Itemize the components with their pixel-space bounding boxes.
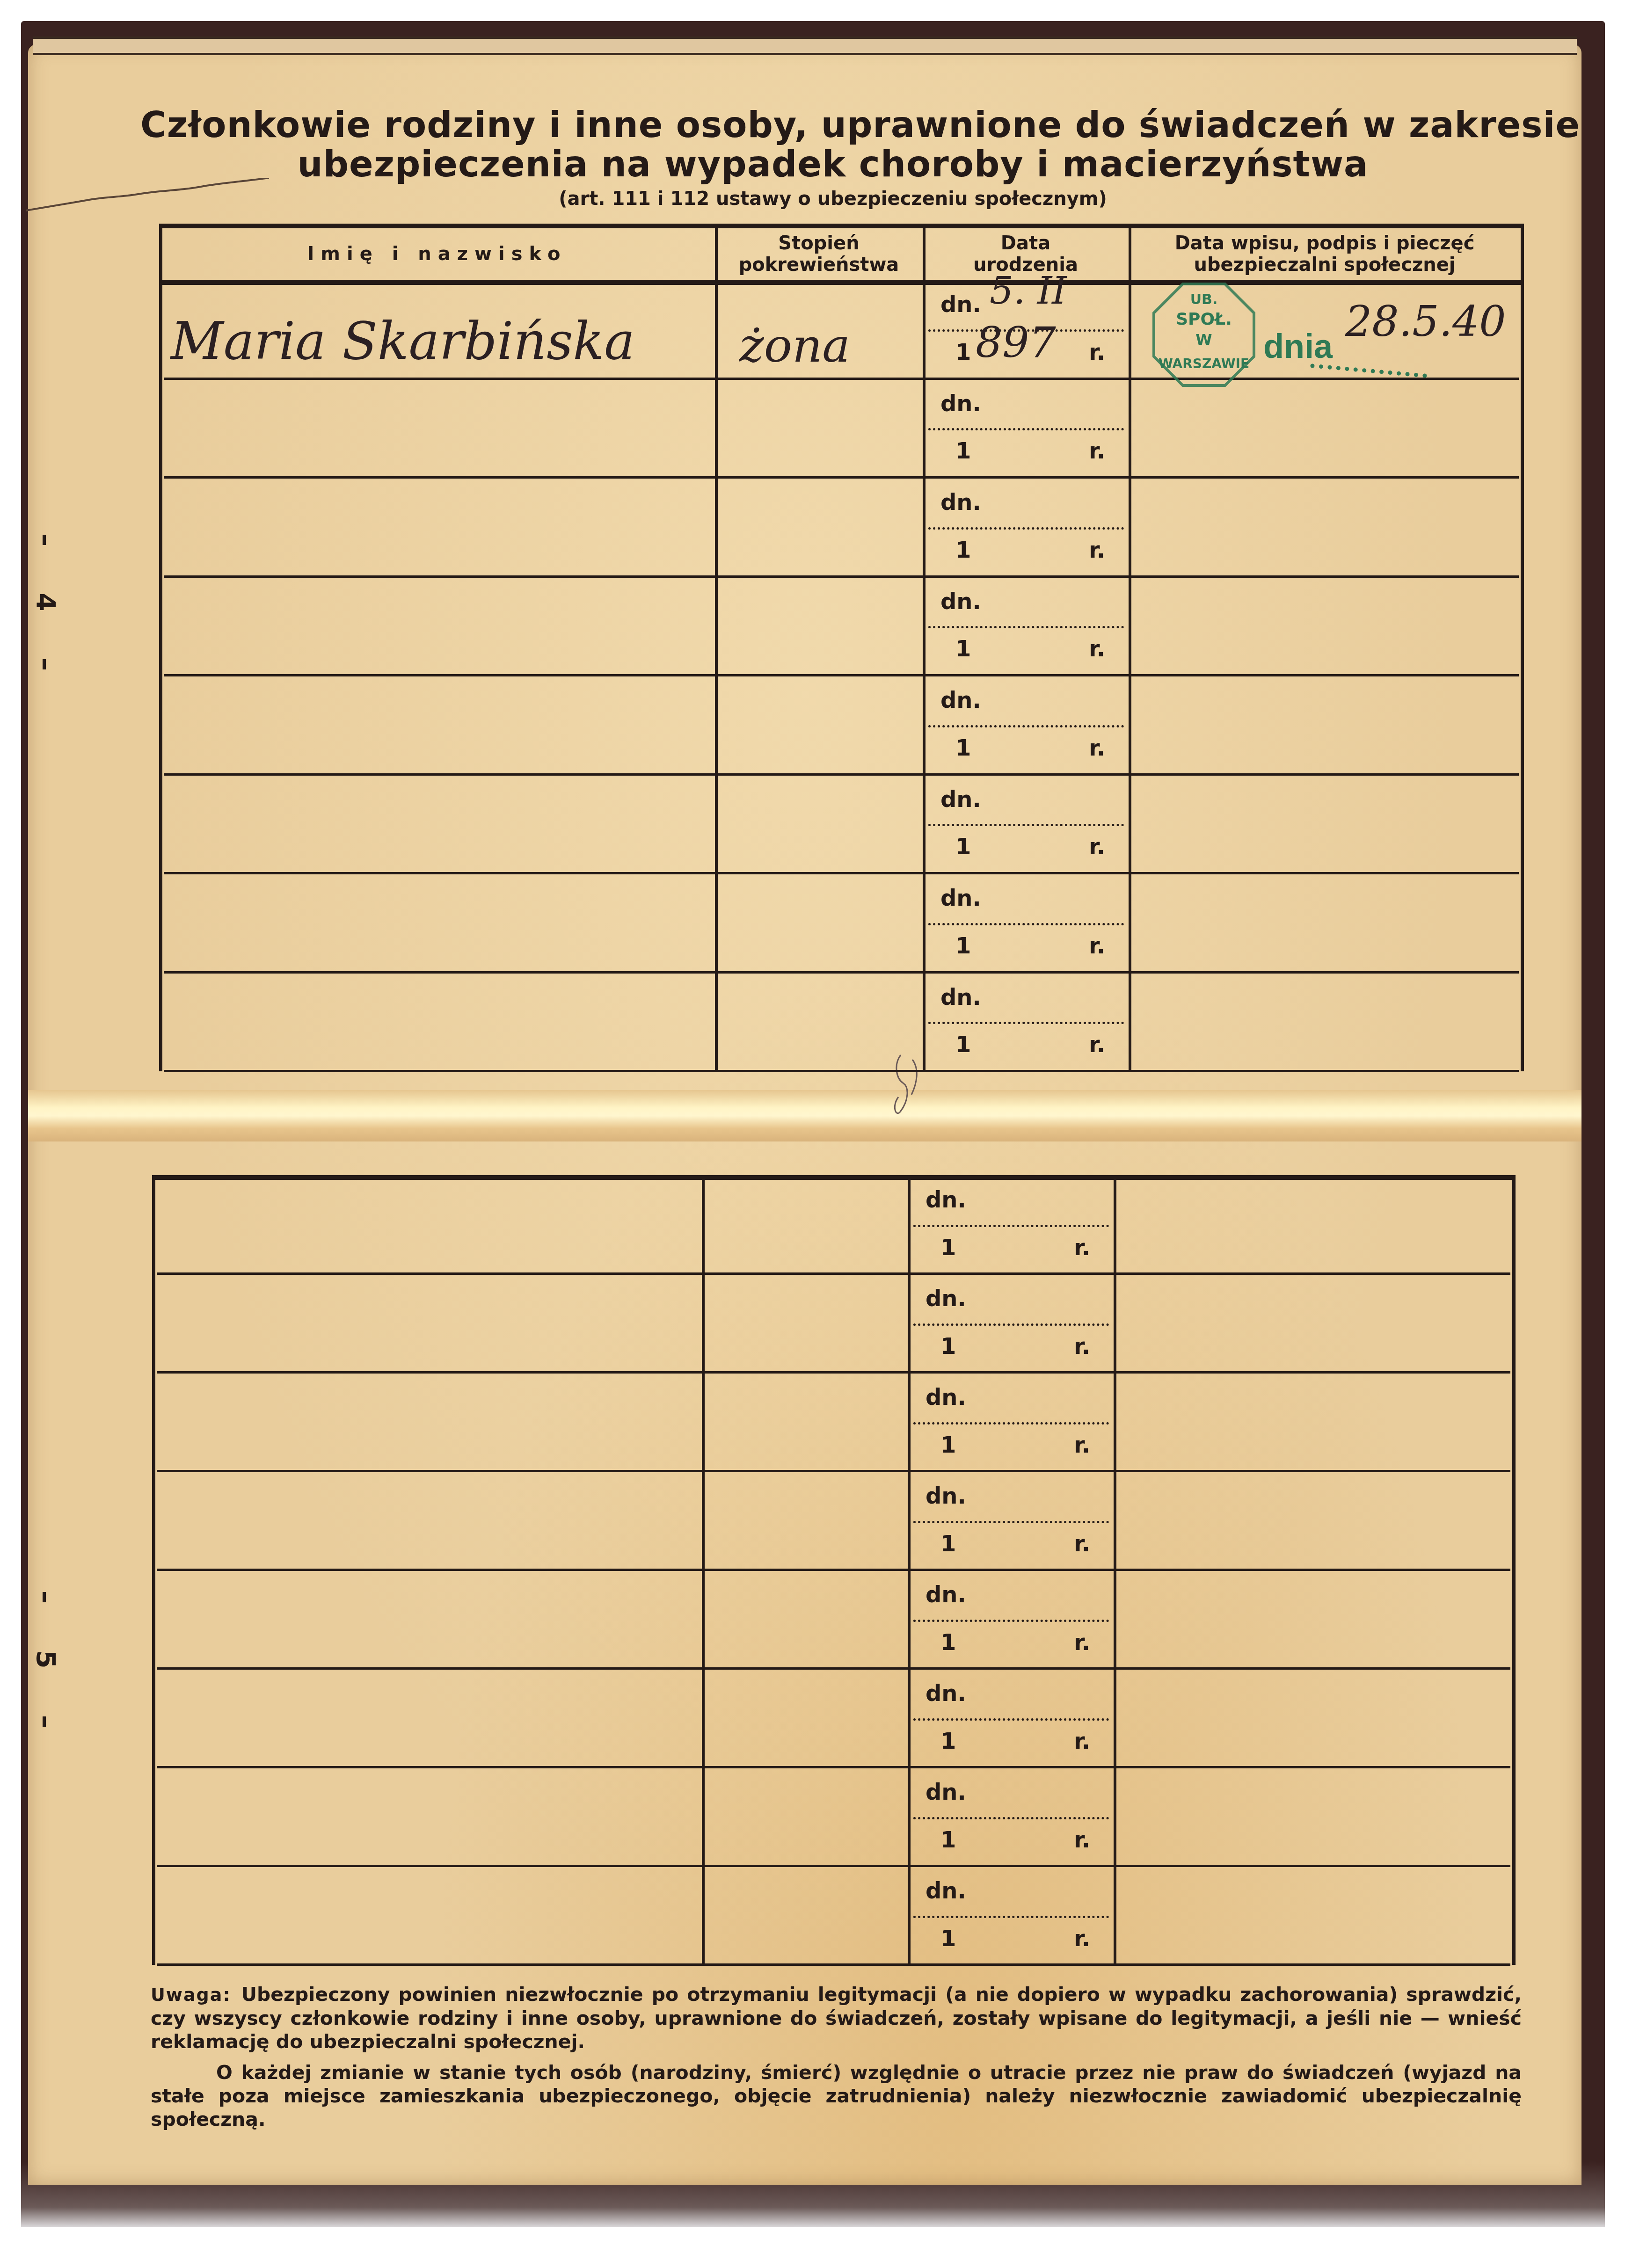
birth-year-suffix: r. [1089, 636, 1105, 662]
notes-section: Uwaga:Ubezpieczony powinien niezwłocznie… [151, 1983, 1522, 2131]
row1-name-handwritten: Maria Skarbińska [171, 311, 635, 371]
name-cell [157, 1868, 697, 1962]
birth-day-label: dn. [926, 1384, 966, 1410]
relation-cell [720, 975, 918, 1069]
stamp-dnia-label: dnia [1263, 327, 1333, 366]
birth-day-label: dn. [926, 1779, 966, 1805]
page-title-line1: Członkowie rodziny i inne osoby, uprawni… [140, 104, 1525, 145]
birth-year-prefix: 1 [955, 636, 971, 662]
entry-stamp-cell [1118, 1572, 1508, 1665]
birth-year-suffix: r. [1074, 1926, 1090, 1952]
birth-year-prefix: 1 [940, 1531, 956, 1557]
birth-year-prefix: 1 [940, 1926, 956, 1952]
row1-birth-day-handwritten: 5. II [990, 269, 1067, 313]
birth-day-label: dn. [940, 589, 981, 615]
birth-year-suffix: r. [1074, 1235, 1090, 1261]
page-edge-lines [33, 36, 1577, 55]
name-cell [157, 1572, 697, 1665]
name-cell [157, 1276, 697, 1369]
birth-year-suffix: r. [1074, 1629, 1090, 1656]
birth-year-suffix: r. [1074, 1827, 1090, 1853]
birth-day-label: dn. [926, 1582, 966, 1608]
name-cell [164, 480, 710, 574]
birth-year-suffix: r. [1074, 1531, 1090, 1557]
name-cell [164, 678, 710, 771]
birth-year-prefix: 1 [940, 1728, 956, 1754]
svg-text:W: W [1195, 331, 1212, 349]
birth-day-label: dn. [926, 1187, 966, 1213]
table-top-rule [159, 224, 1524, 228]
entry-stamp-cell [1118, 1868, 1508, 1962]
relation-cell [720, 480, 918, 574]
header-relation-line1: Stopień [739, 233, 899, 254]
birth-year-suffix: r. [1089, 933, 1105, 959]
entry-stamp-cell [1133, 876, 1516, 969]
birth-day-label: dn. [940, 489, 981, 516]
table-column-rule [1512, 1175, 1516, 1965]
entry-stamp-cell [1118, 1474, 1508, 1567]
birth-day-label: dn. [926, 1286, 966, 1312]
relation-cell [707, 1375, 903, 1468]
birth-year-prefix: 1 [955, 438, 971, 464]
entry-stamp-cell [1133, 678, 1516, 771]
entry-stamp-cell [1133, 381, 1516, 475]
row1-relation-handwritten: żona [739, 318, 850, 373]
row1-entry-date-handwritten: 28.5.40 [1345, 297, 1506, 346]
entry-stamp-cell [1118, 1671, 1508, 1764]
birth-day-label: dn. [940, 786, 981, 813]
birth-day-label: dn. [926, 1878, 966, 1904]
birth-year-suffix: r. [1089, 1032, 1105, 1058]
birth-year-suffix: r. [1074, 1333, 1090, 1359]
birth-day-dotted-line [913, 1817, 1109, 1819]
header-birth-line1: Data [973, 233, 1078, 254]
entry-stamp-cell [1133, 579, 1516, 673]
relation-cell [707, 1178, 903, 1271]
entry-stamp-cell [1118, 1375, 1508, 1468]
notes-paragraph-2: O każdej zmianie w stanie tych osób (nar… [151, 2061, 1522, 2131]
birth-day-dotted-line [928, 527, 1124, 530]
birth-day-dotted-line [913, 1225, 1109, 1227]
birth-year-prefix: 1 [955, 735, 971, 761]
svg-text:UB.: UB. [1190, 291, 1218, 308]
page-subtitle-article-reference: (art. 111 i 112 ustawy o ubezpieczeniu s… [140, 188, 1525, 210]
birth-day-label: dn. [926, 1680, 966, 1707]
birth-day-label: dn. [940, 687, 981, 713]
entry-stamp-cell [1118, 1770, 1508, 1863]
birth-day-label: dn. [940, 885, 981, 911]
relation-cell [707, 1474, 903, 1567]
birth-year-prefix: 1 [940, 1827, 956, 1853]
book-fold-crease [28, 1090, 1581, 1141]
birth-day-label: dn. [940, 391, 981, 417]
entry-stamp-cell [1118, 1178, 1508, 1271]
relation-cell [707, 1671, 903, 1764]
birth-year-prefix: 1 [955, 933, 971, 959]
birth-year-suffix: r. [1089, 438, 1105, 464]
insurance-office-stamp: UB. SPOŁ. W WARSZAWIE [1150, 282, 1258, 389]
relation-cell [720, 579, 918, 673]
birth-day-dotted-line [928, 428, 1124, 430]
entry-stamp-cell [1133, 777, 1516, 871]
birth-year-prefix: 1 [940, 1235, 956, 1261]
birth-day-label: dn. [940, 984, 981, 1010]
birth-day-dotted-line [913, 1620, 1109, 1622]
birth-year-suffix: r. [1089, 537, 1105, 563]
name-cell [164, 579, 710, 673]
entry-stamp-cell [1133, 975, 1516, 1069]
birth-day-dotted-line [913, 1422, 1109, 1425]
birth-year-suffix: r. [1089, 735, 1105, 761]
birth-year-suffix: r. [1074, 1728, 1090, 1754]
entry-stamp-cell [1118, 1276, 1508, 1369]
name-cell [164, 975, 710, 1069]
birth-year-suffix: r. [1089, 834, 1105, 860]
birth-year-suffix: r. [1074, 1432, 1090, 1458]
notes-paragraph-1: Uwaga:Ubezpieczony powinien niezwłocznie… [151, 1983, 1522, 2053]
header-name-label: Imię i nazwisko [307, 243, 567, 265]
octagon-stamp-icon: UB. SPOŁ. W WARSZAWIE [1150, 282, 1258, 389]
birth-year-prefix: 1 [940, 1432, 956, 1458]
name-cell [157, 1770, 697, 1863]
birth-day-label: dn. [926, 1483, 966, 1509]
relation-cell [720, 876, 918, 969]
relation-cell [707, 1770, 903, 1863]
birth-day-label: dn. [940, 291, 981, 318]
birth-year-prefix: 1 [940, 1333, 956, 1359]
birth-day-dotted-line [913, 1521, 1109, 1523]
svg-text:WARSZAWIE: WARSZAWIE [1159, 356, 1249, 371]
row1-birth-year-handwritten: 897 [976, 318, 1056, 367]
svg-text:SPOŁ.: SPOŁ. [1176, 310, 1232, 329]
page-title-line2: ubezpieczenia na wypadek choroby i macie… [140, 143, 1525, 185]
birth-year-prefix: 1 [955, 339, 971, 365]
birth-day-dotted-line [928, 725, 1124, 727]
entry-stamp-cell [1133, 480, 1516, 574]
header-entry-line2: ubezpieczalni społecznej [1175, 254, 1475, 276]
relation-cell [707, 1868, 903, 1962]
header-entry-line1: Data wpisu, podpis i pieczęć [1175, 233, 1475, 254]
header-relation-line2: pokrewieństwa [739, 254, 899, 276]
notes-label: Uwaga: [151, 1985, 231, 2005]
name-cell [164, 777, 710, 871]
birth-year-prefix: 1 [955, 537, 971, 563]
birth-day-dotted-line [928, 923, 1124, 925]
birth-year-suffix: r. [1089, 339, 1105, 365]
name-cell [164, 876, 710, 969]
birth-day-dotted-line [913, 1323, 1109, 1326]
relation-cell [720, 777, 918, 871]
header-relation: Stopieńpokrewieństwa [715, 228, 923, 280]
page-number-5: – 5 – [30, 1591, 61, 1747]
relation-cell [720, 381, 918, 475]
table-column-rule [1521, 224, 1524, 1071]
birth-day-dotted-line [913, 1916, 1109, 1918]
name-cell [157, 1474, 697, 1567]
notes-paragraph-1-text: Ubezpieczony powinien niezwłocznie po ot… [151, 1983, 1522, 2053]
name-cell [157, 1178, 697, 1271]
relation-cell [707, 1276, 903, 1369]
birth-year-prefix: 1 [955, 1032, 971, 1058]
name-cell [157, 1671, 697, 1764]
relation-cell [720, 678, 918, 771]
name-cell [164, 381, 710, 475]
birth-day-dotted-line [928, 1022, 1124, 1024]
name-cell [157, 1375, 697, 1468]
relation-cell [707, 1572, 903, 1665]
birth-year-prefix: 1 [940, 1629, 956, 1656]
page-number-4: – 4 – [30, 533, 61, 690]
header-entry-date-stamp: Data wpisu, podpis i pieczęćubezpieczaln… [1129, 228, 1521, 280]
birth-day-dotted-line [913, 1718, 1109, 1721]
birth-day-dotted-line [928, 824, 1124, 826]
header-name: Imię i nazwisko [159, 228, 715, 280]
birth-year-prefix: 1 [955, 834, 971, 860]
birth-day-dotted-line [928, 626, 1124, 628]
